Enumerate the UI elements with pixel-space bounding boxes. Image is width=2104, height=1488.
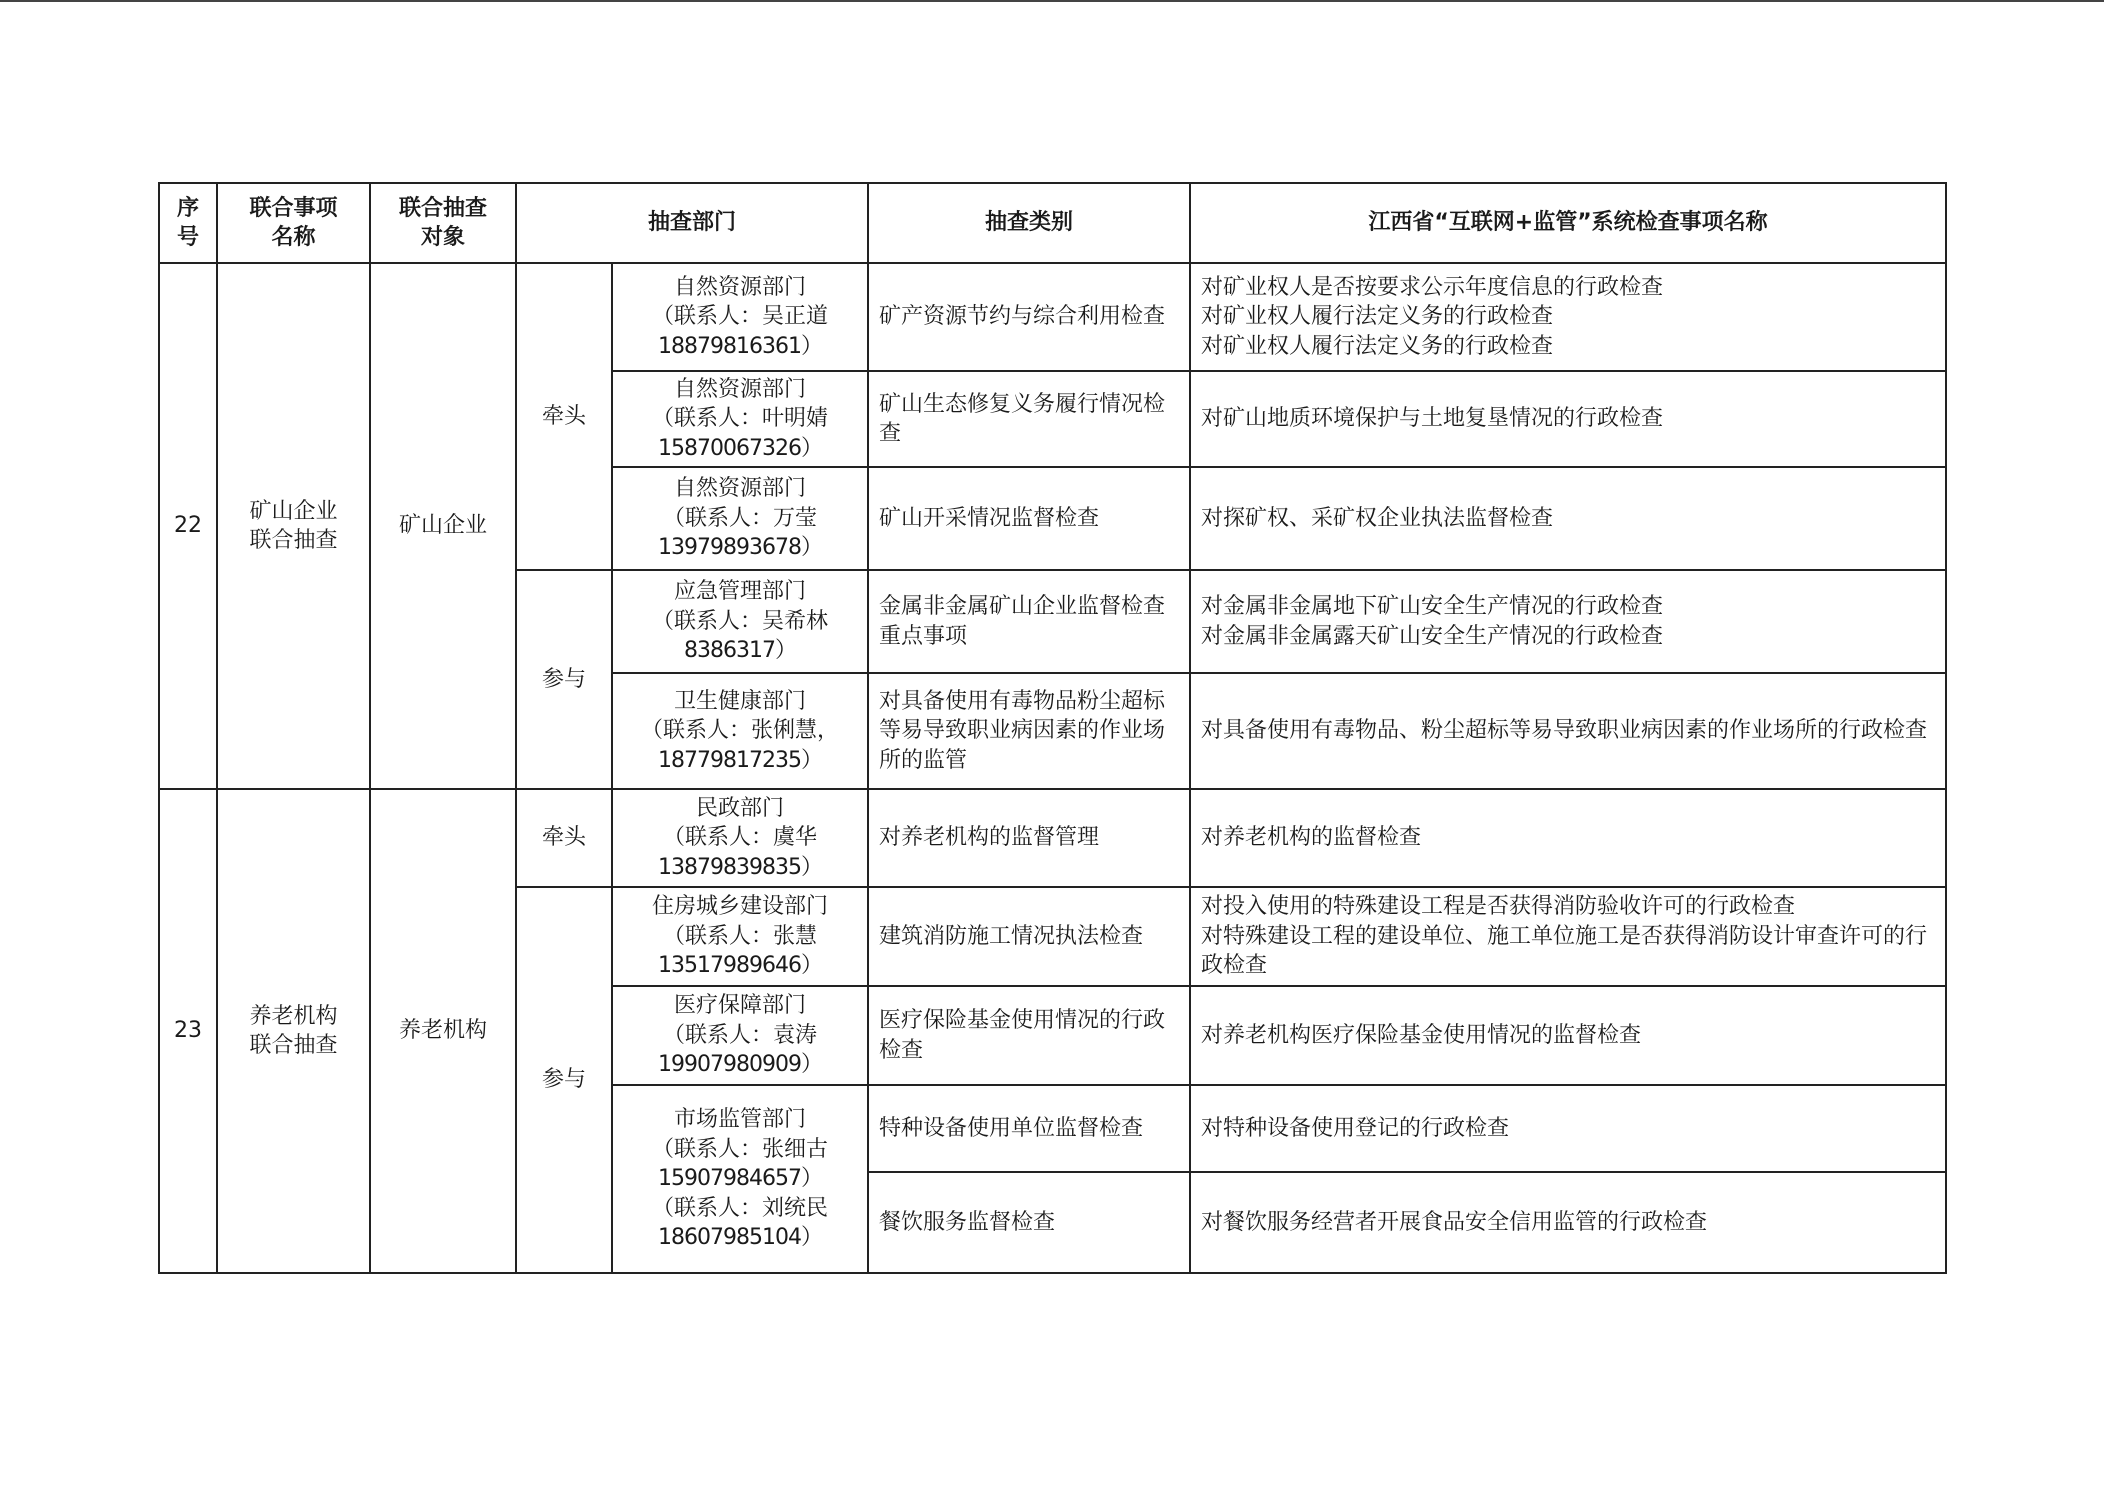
dept-cell: 医疗保障部门（联系人：袁涛19907980909） <box>612 986 868 1085</box>
table-row: 23 养老机构联合抽查 养老机构 牵头 民政部门（联系人：虞华138798398… <box>159 789 1946 887</box>
dept-cell: 自然资源部门（联系人：吴正道18879816361） <box>612 263 868 371</box>
category-cell: 矿山开采情况监督检查 <box>868 467 1190 570</box>
target-cell: 矿山企业 <box>370 263 516 789</box>
system-item-cell: 对矿业权人是否按要求公示年度信息的行政检查对矿业权人履行法定义务的行政检查对矿业… <box>1190 263 1946 371</box>
header-system-item: 江西省“互联网+监管”系统检查事项名称 <box>1190 183 1946 263</box>
system-item-cell: 对养老机构的监督检查 <box>1190 789 1946 887</box>
seq-cell: 22 <box>159 263 217 789</box>
item-name-cell: 养老机构联合抽查 <box>217 789 370 1273</box>
category-cell: 金属非金属矿山企业监督检查重点事项 <box>868 570 1190 673</box>
header-item-name: 联合事项名称 <box>217 183 370 263</box>
dept-cell: 民政部门（联系人：虞华13879839835） <box>612 789 868 887</box>
seq-cell: 23 <box>159 789 217 1273</box>
category-cell: 医疗保险基金使用情况的行政检查 <box>868 986 1190 1085</box>
system-item-cell: 对金属非金属地下矿山安全生产情况的行政检查对金属非金属露天矿山安全生产情况的行政… <box>1190 570 1946 673</box>
role-cell: 参与 <box>516 570 612 789</box>
category-cell: 矿山生态修复义务履行情况检查 <box>868 371 1190 467</box>
dept-cell: 卫生健康部门（联系人：张俐慧，18779817235） <box>612 673 868 789</box>
system-item-cell: 对投入使用的特殊建设工程是否获得消防验收许可的行政检查对特殊建设工程的建设单位、… <box>1190 887 1946 986</box>
header-target: 联合抽查对象 <box>370 183 516 263</box>
category-cell: 特种设备使用单位监督检查 <box>868 1085 1190 1172</box>
header-category: 抽查类别 <box>868 183 1190 263</box>
dept-cell: 应急管理部门（联系人：吴希林8386317） <box>612 570 868 673</box>
category-cell: 建筑消防施工情况执法检查 <box>868 887 1190 986</box>
category-cell: 矿产资源节约与综合利用检查 <box>868 263 1190 371</box>
system-item-cell: 对探矿权、采矿权企业执法监督检查 <box>1190 467 1946 570</box>
system-item-cell: 对养老机构医疗保险基金使用情况的监督检查 <box>1190 986 1946 1085</box>
system-item-cell: 对具备使用有毒物品、粉尘超标等易导致职业病因素的作业场所的行政检查 <box>1190 673 1946 789</box>
dept-cell: 自然资源部门（联系人：叶明婧15870067326） <box>612 371 868 467</box>
header-seq: 序号 <box>159 183 217 263</box>
joint-inspection-table: 序号 联合事项名称 联合抽查对象 抽查部门 抽查类别 江西省“互联网+监管”系统… <box>158 182 1947 1274</box>
system-item-cell: 对矿山地质环境保护与土地复垦情况的行政检查 <box>1190 371 1946 467</box>
dept-cell: 住房城乡建设部门（联系人：张慧13517989646） <box>612 887 868 986</box>
role-cell: 牵头 <box>516 789 612 887</box>
table-row: 22 矿山企业联合抽查 矿山企业 牵头 自然资源部门（联系人：吴正道188798… <box>159 263 1946 371</box>
category-cell: 对具备使用有毒物品粉尘超标等易导致职业病因素的作业场所的监管 <box>868 673 1190 789</box>
item-name-cell: 矿山企业联合抽查 <box>217 263 370 789</box>
category-cell: 餐饮服务监督检查 <box>868 1172 1190 1273</box>
header-dept: 抽查部门 <box>516 183 868 263</box>
dept-cell: 市场监管部门（联系人：张细古15907984657）（联系人：刘统民186079… <box>612 1085 868 1273</box>
dept-cell: 自然资源部门（联系人：万莹13979893678） <box>612 467 868 570</box>
table-header-row: 序号 联合事项名称 联合抽查对象 抽查部门 抽查类别 江西省“互联网+监管”系统… <box>159 183 1946 263</box>
category-cell: 对养老机构的监督管理 <box>868 789 1190 887</box>
role-cell: 参与 <box>516 887 612 1273</box>
target-cell: 养老机构 <box>370 789 516 1273</box>
role-cell: 牵头 <box>516 263 612 570</box>
page-top-border <box>0 0 2104 2</box>
system-item-cell: 对特种设备使用登记的行政检查 <box>1190 1085 1946 1172</box>
system-item-cell: 对餐饮服务经营者开展食品安全信用监管的行政检查 <box>1190 1172 1946 1273</box>
